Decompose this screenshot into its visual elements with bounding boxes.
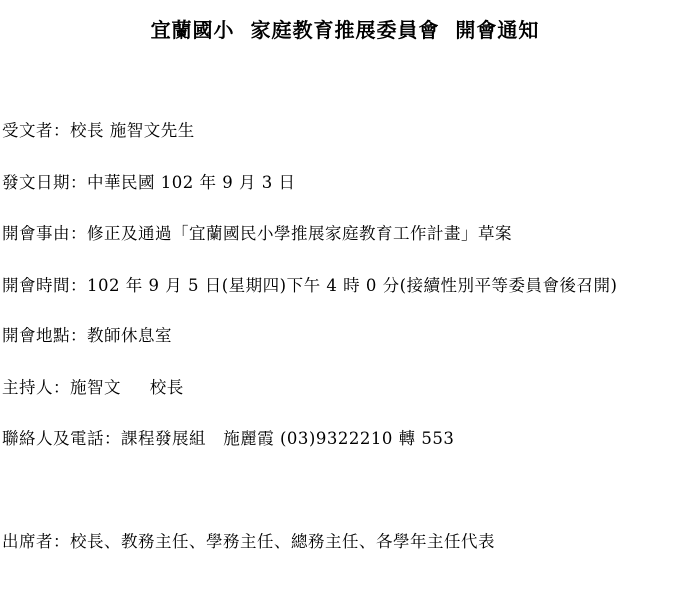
field-attendees: 出席者：校長、教務主任、學務主任、總務主任、各學年主任代表 [2,528,495,552]
field-label: 聯絡人及電話： [2,429,121,448]
field-meeting-location: 開會地點：教師休息室 [2,322,172,346]
field-label: 發文日期： [2,173,87,192]
field-value: 修正及通過「宜蘭國民小學推展家庭教育工作計畫」草案 [87,224,512,243]
field-meeting-time: 開會時間：102 年 9 月 5 日(星期四)下午 4 時 0 分(接續性別平等… [2,272,617,296]
field-value: 校長、教務主任、學務主任、總務主任、各學年主任代表 [70,532,495,551]
document-title: 宜蘭國小 家庭教育推展委員會 開會通知 [0,14,690,43]
field-label: 開會地點： [2,326,87,345]
field-label: 出席者： [2,532,70,551]
field-value: 中華民國 102 年 9 月 3 日 [87,173,295,192]
field-label: 開會時間： [2,276,87,295]
field-label: 主持人： [2,378,70,397]
field-value: 102 年 9 月 5 日(星期四)下午 4 時 0 分(接續性別平等委員會後召… [87,276,617,295]
field-value: 校長 施智文先生 [70,121,195,140]
field-label: 受文者： [2,121,70,140]
field-chairperson: 主持人：施智文 校長 [2,374,184,398]
field-value: 施智文 校長 [70,378,184,397]
field-label: 開會事由： [2,224,87,243]
field-value: 教師休息室 [87,326,172,345]
field-meeting-subject: 開會事由：修正及通過「宜蘭國民小學推展家庭教育工作計畫」草案 [2,220,512,244]
field-recipient: 受文者：校長 施智文先生 [2,117,195,141]
field-issue-date: 發文日期：中華民國 102 年 9 月 3 日 [2,169,295,193]
field-value: 課程發展組 施麗霞 (03)9322210 轉 553 [121,429,454,448]
field-contact: 聯絡人及電話：課程發展組 施麗霞 (03)9322210 轉 553 [2,425,454,449]
